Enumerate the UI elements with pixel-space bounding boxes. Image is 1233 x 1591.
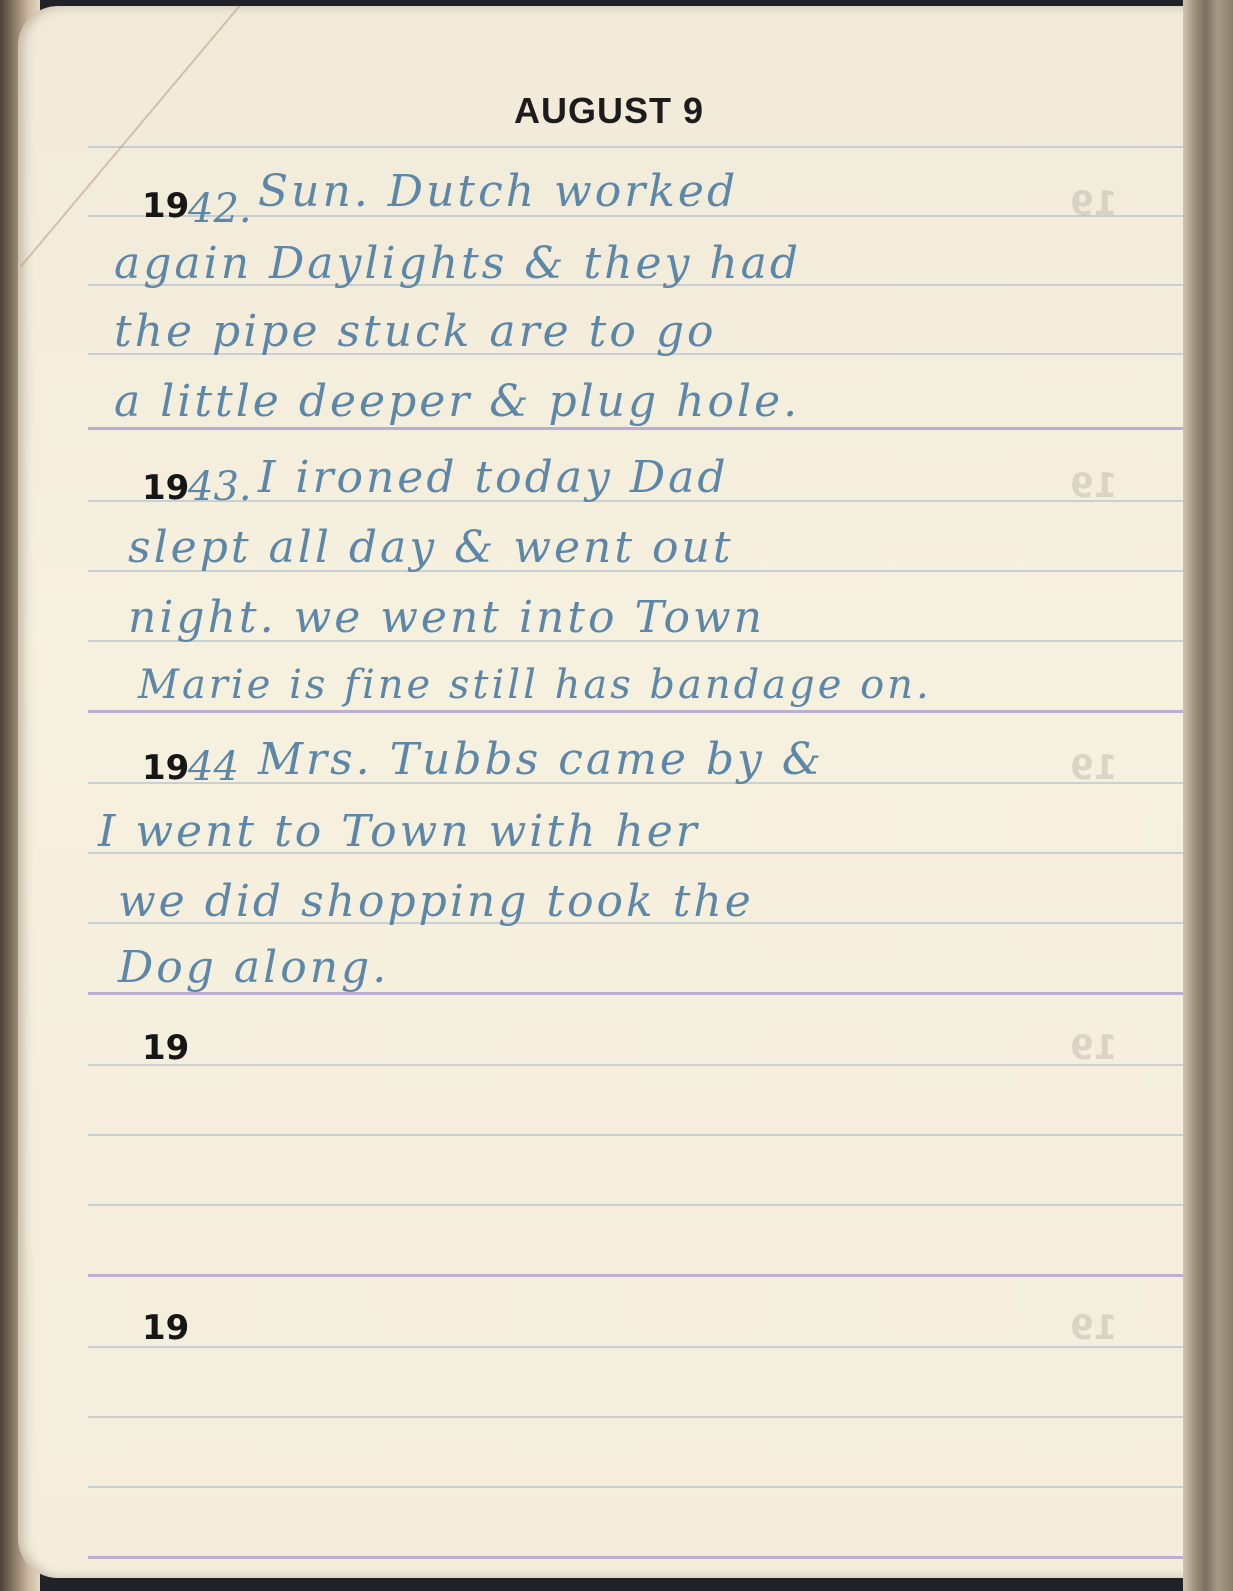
entry-year-label: 19: [142, 748, 189, 788]
ruled-line: [88, 1064, 1190, 1066]
book-spine-binding: [1183, 0, 1233, 1591]
section-divider: [88, 1274, 1190, 1277]
entry-line: we did shopping took the: [118, 876, 754, 927]
bleed-through-year: 19: [1070, 1308, 1117, 1348]
entry-year-label: 19: [142, 468, 189, 508]
section-divider: [88, 710, 1190, 713]
entry-line: Sun. Dutch worked: [258, 166, 738, 217]
ruled-line: [88, 1204, 1190, 1206]
bleed-through-year: 19: [1070, 184, 1117, 224]
entry-written-year: 44: [188, 744, 239, 790]
entry-year-label: 19: [142, 1028, 189, 1068]
entry-written-year: 43.: [188, 464, 252, 510]
entry-written-year: 42.: [188, 186, 252, 232]
page-title: AUGUST 9: [18, 90, 1200, 132]
entry-line: night. we went into Town: [128, 592, 765, 643]
entry-line: Marie is fine still has bandage on.: [138, 662, 932, 708]
section-divider: [88, 1556, 1190, 1559]
ruled-line: [88, 1134, 1190, 1136]
diary-page: AUGUST 9 19 19 19 19 19 19 42. Sun. Dutc…: [18, 6, 1200, 1578]
ruled-line: [88, 1416, 1190, 1418]
bleed-through-year: 19: [1070, 748, 1117, 788]
entry-line: slept all day & went out: [128, 522, 734, 573]
bleed-through-year: 19: [1070, 466, 1117, 506]
ruled-line: [88, 1346, 1190, 1348]
section-divider: [88, 427, 1190, 430]
entry-line: again Daylights & they had: [114, 238, 801, 289]
entry-line: Dog along.: [118, 942, 389, 993]
entry-line: I ironed today Dad: [258, 452, 729, 503]
ruled-line: [88, 1486, 1190, 1488]
bleed-through-year: 19: [1070, 1028, 1117, 1068]
entry-line: the pipe stuck are to go: [114, 306, 716, 357]
entry-year-label: 19: [142, 1308, 189, 1348]
entry-line: I went to Town with her: [98, 806, 700, 857]
entry-line: Mrs. Tubbs came by &: [258, 734, 824, 785]
entry-year-label: 19: [142, 186, 189, 226]
entry-line: a little deeper & plug hole.: [114, 376, 800, 427]
ruled-line: [88, 146, 1190, 148]
